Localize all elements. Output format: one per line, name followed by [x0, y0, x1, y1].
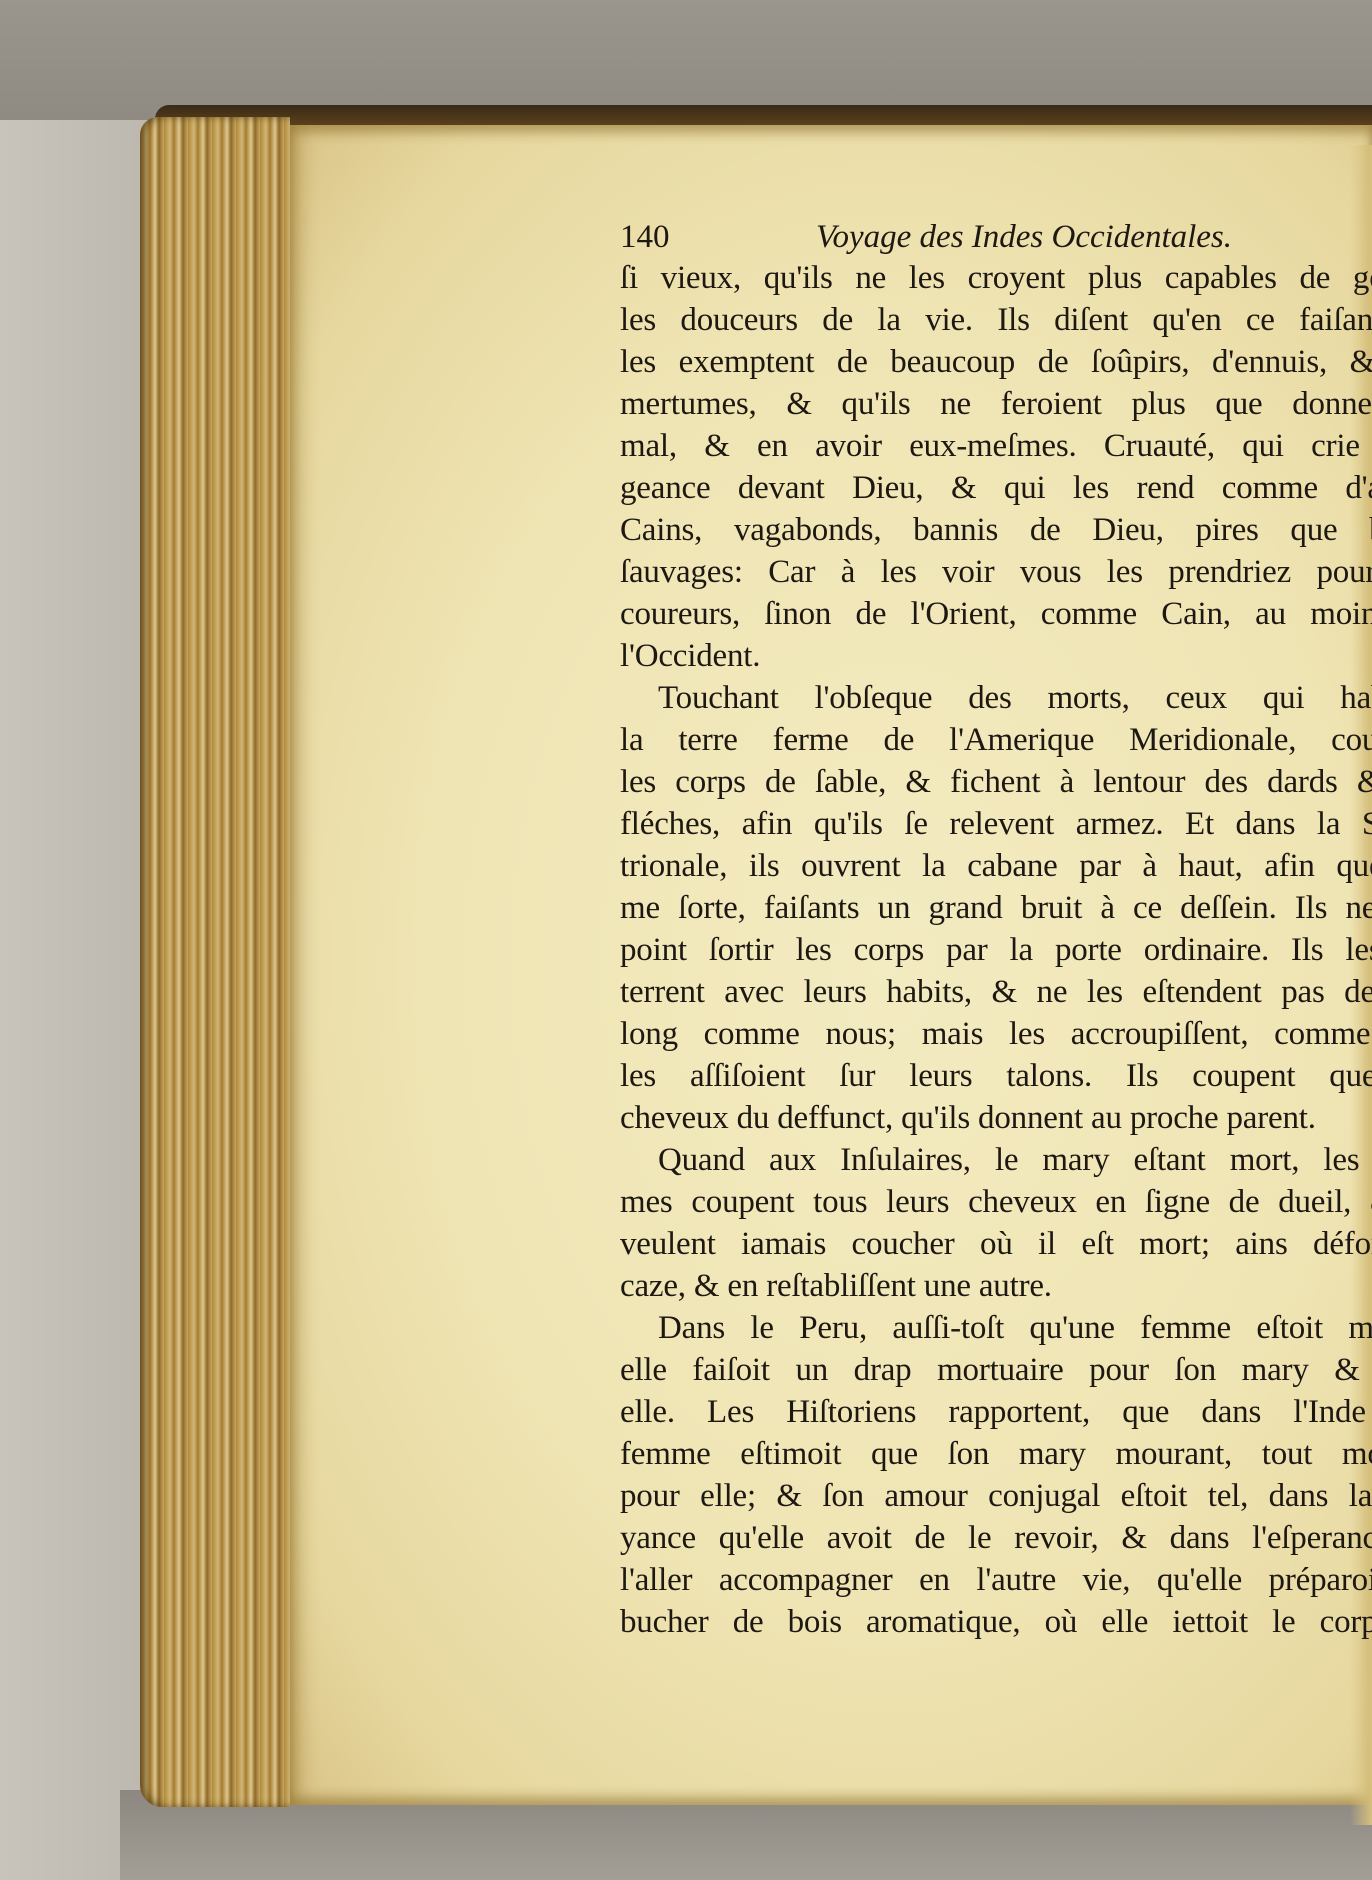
- text-line: fléches, afin qu'ils ſe relevent armez. …: [620, 803, 1372, 845]
- text-line: ſi vieux, qu'ils ne les croyent plus cap…: [620, 257, 1372, 299]
- book-page: 140 Voyage des Indes Occidentales. ſi vi…: [290, 125, 1372, 1805]
- background-left: [0, 0, 150, 1880]
- text-line: trionale, ils ouvrent la cabane par à ha…: [620, 845, 1372, 887]
- text-line: long comme nous; mais les accroupiſſent,…: [620, 1013, 1372, 1055]
- text-line: elle faiſoit un drap mortuaire pour ſon …: [620, 1349, 1372, 1391]
- text-line: yance qu'elle avoit de le revoir, & dans…: [620, 1517, 1372, 1559]
- paragraph-start-line: Touchant l'obſeque des morts, ceux qui h…: [620, 677, 1372, 719]
- text-line: veulent iamais coucher où il eſt mort; a…: [620, 1223, 1372, 1265]
- text-line: les exemptent de beaucoup de ſoûpirs, d'…: [620, 341, 1372, 383]
- text-line: pour elle; & ſon amour conjugal eſtoit t…: [620, 1475, 1372, 1517]
- text-line: femme eſtimoit que ſon mary mourant, tou…: [620, 1433, 1372, 1475]
- text-line: les aſſiſoient ſur leurs talons. Ils cou…: [620, 1055, 1372, 1097]
- text-line: l'Occident.: [620, 635, 1372, 677]
- text-line: Cains, vagabonds, bannis de Dieu, pires …: [620, 509, 1372, 551]
- text-line: ſauvages: Car à les voir vous les prendr…: [620, 551, 1372, 593]
- text-line: bucher de bois aromatique, où elle ietto…: [620, 1601, 1372, 1643]
- text-line: terrent avec leurs habits, & ne les eſte…: [620, 971, 1372, 1013]
- text-line: les douceurs de la vie. Ils diſent qu'en…: [620, 299, 1372, 341]
- book-cover-edge: [155, 105, 1372, 125]
- paragraph-start-line: Quand aux Inſulaires, le mary eſtant mor…: [620, 1139, 1372, 1181]
- text-line: coureurs, ſinon de l'Orient, comme Cain,…: [620, 593, 1372, 635]
- text-line: mes coupent tous leurs cheveux en ſigne …: [620, 1181, 1372, 1223]
- text-block: 140 Voyage des Indes Occidentales. ſi vi…: [620, 217, 1372, 1643]
- text-line: cheveux du deffunct, qu'ils donnent au p…: [620, 1097, 1372, 1139]
- text-line: elle. Les Hiſtoriens rapportent, que dan…: [620, 1391, 1372, 1433]
- background-top: [0, 0, 1372, 120]
- text-line: mal, & en avoir eux-meſmes. Cruauté, qui…: [620, 425, 1372, 467]
- paragraph-start-line: Dans le Peru, auſſi-toſt qu'une femme eſ…: [620, 1307, 1372, 1349]
- text-line: la terre ferme de l'Amerique Meridionale…: [620, 719, 1372, 761]
- running-head: 140 Voyage des Indes Occidentales.: [620, 217, 1372, 257]
- page-number: 140: [620, 217, 670, 257]
- text-line: mertumes, & qu'ils ne feroient plus que …: [620, 383, 1372, 425]
- running-title: Voyage des Indes Occidentales.: [816, 217, 1232, 257]
- text-line: les corps de ſable, & fichent à lentour …: [620, 761, 1372, 803]
- text-line: caze, & en reſtabliſſent une autre.: [620, 1265, 1372, 1307]
- book: 140 Voyage des Indes Occidentales. ſi vi…: [140, 105, 1372, 1820]
- text-line: geance devant Dieu, & qui les rend comme…: [620, 467, 1372, 509]
- text-line: l'aller accompagner en l'autre vie, qu'e…: [620, 1559, 1372, 1601]
- page-block-edges: [140, 117, 290, 1807]
- text-line: point ſortir les corps par la porte ordi…: [620, 929, 1372, 971]
- text-line: me ſorte, faiſants un grand bruit à ce d…: [620, 887, 1372, 929]
